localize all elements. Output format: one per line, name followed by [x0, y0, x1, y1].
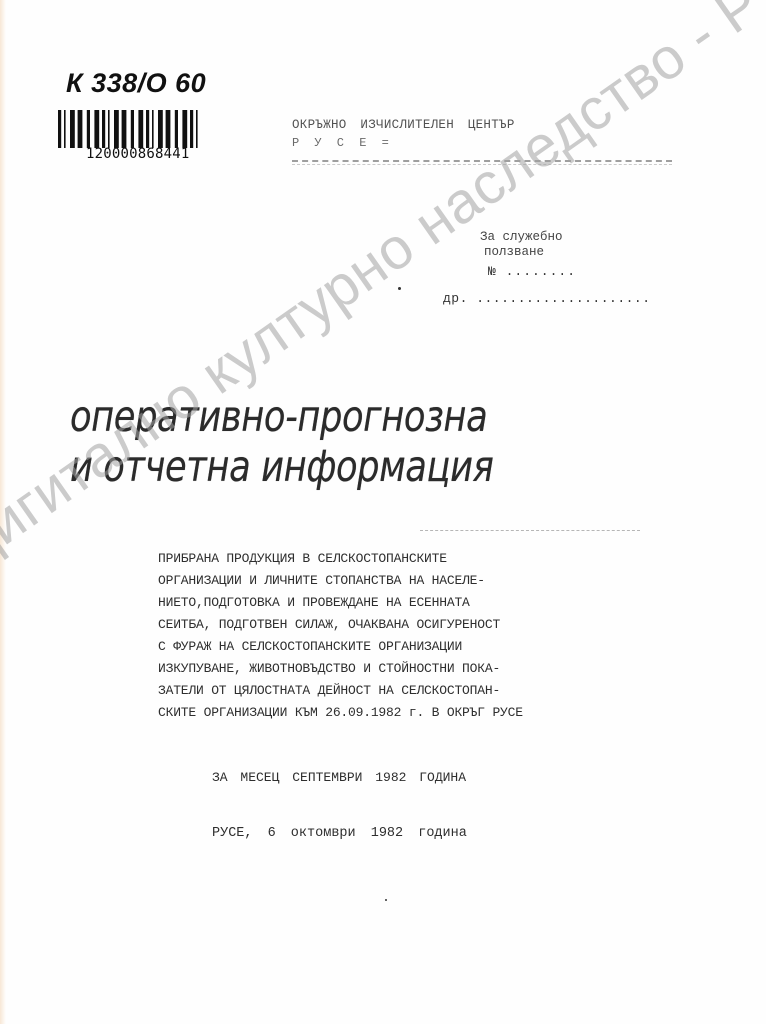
description-line: ОРГАНИЗАЦИИ И ЛИЧНИТЕ СТОПАНСТВА НА НАСЕ…: [158, 570, 523, 592]
document-title-line1: оперативно-прогнозна: [70, 392, 493, 442]
restriction-label-line1: За служебно: [480, 230, 563, 245]
description-line: ПРИБРАНА ПРОДУКЦИЯ В СЕЛСКОСТОПАНСКИТЕ: [158, 548, 523, 570]
document-title-line2: и отчетна информация: [70, 442, 493, 492]
place-and-date: РУСЕ, 6 октомври 1982 година: [212, 826, 467, 841]
restriction-label: За служебно ползване: [480, 230, 563, 260]
header-divider-secondary: [292, 164, 672, 165]
description-line: С ФУРАЖ НА СЕЛСКОСТОПАНСКИТЕ ОРГАНИЗАЦИИ: [158, 636, 523, 658]
header-divider: [292, 160, 672, 162]
restriction-label-line2: ползване: [480, 245, 563, 260]
description-line: НИЕТО,ПОДГОТОВКА И ПРОВЕЖДАНЕ НА ЕСЕННАТ…: [158, 592, 523, 614]
description-line: ИЗКУПУВАНЕ, ЖИВОТНОВЪДСТВО И СТОЙНОСТНИ …: [158, 658, 523, 680]
ink-speck: [385, 899, 387, 901]
barcode-number: 120000868441: [86, 146, 190, 162]
organization-name: ОКРЪЖНО ИЗЧИСЛИТЕЛЕН ЦЕНТЪР: [292, 118, 515, 132]
ink-speck: [398, 287, 401, 290]
barcode-icon: [58, 110, 236, 148]
restriction-other-field: др. .....................: [443, 291, 651, 306]
description-line: СЕИТБА, ПОДГОТВЕН СИЛАЖ, ОЧАКВАНА ОСИГУР…: [158, 614, 523, 636]
page-edge-shadow: [0, 0, 6, 1024]
organization-city: Р У С Е =: [292, 136, 393, 150]
restriction-number-field: № ........: [488, 264, 576, 279]
title-divider: [420, 530, 640, 531]
document-title: оперативно-прогнозна и отчетна информаци…: [70, 392, 493, 492]
description-line: СКИТЕ ОРГАНИЗАЦИИ КЪМ 26.09.1982 г. В ОК…: [158, 702, 523, 724]
reporting-period: ЗА МЕСЕЦ СЕПТЕМВРИ 1982 ГОДИНА: [212, 770, 466, 785]
document-description: ПРИБРАНА ПРОДУКЦИЯ В СЕЛСКОСТОПАНСКИТЕОР…: [158, 548, 523, 724]
description-line: ЗАТЕЛИ ОТ ЦЯЛОСТНАТА ДЕЙНОСТ НА СЕЛСКОСТ…: [158, 680, 523, 702]
catalog-number: К 338/О 60: [66, 68, 206, 99]
document-page: К 338/О 60 120000868441 ОКРЪЖНО ИЗЧИСЛИТ…: [0, 0, 766, 1024]
